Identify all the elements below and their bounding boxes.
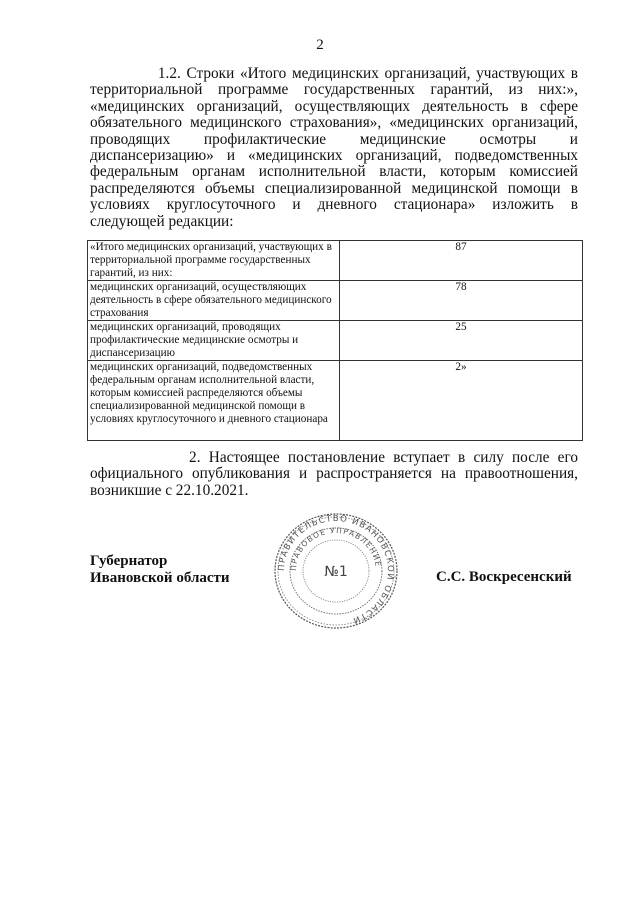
text-line: обязательного медицинского страхования»,… [90, 115, 578, 131]
paragraph-1-2: 1.2. Строки «Итого медицинских организац… [90, 66, 578, 230]
text-line: федеральным органам исполнительной власт… [90, 164, 578, 180]
text-line: условиях круглосуточного и дневного стац… [90, 197, 578, 213]
signatory-position: Губернатор Ивановской области [90, 553, 230, 587]
row-value: 25 [340, 321, 583, 361]
row-label: «Итого медицинских организаций, участвую… [88, 241, 340, 281]
table-row: медицинских организаций, проводящих проф… [88, 321, 583, 361]
row-value: 87 [340, 241, 583, 281]
text-line: возникшие с 22.10.2021. [90, 483, 578, 499]
text-line: официального опубликования и распростран… [90, 466, 578, 482]
text-line: распределяются объемы специализированной… [90, 181, 578, 197]
seal-number: №1 [324, 564, 347, 580]
text-line: проводящих профилактические медицинские … [90, 132, 578, 148]
text-line: территориальной программе государственны… [90, 82, 578, 98]
text-line: «медицинских организаций, осуществляющих… [90, 99, 578, 115]
position-line: Ивановской области [90, 570, 230, 587]
text-line: следующей редакции: [90, 214, 578, 230]
row-label: медицинских организаций, проводящих проф… [88, 321, 340, 361]
table-row: «Итого медицинских организаций, участвую… [88, 241, 583, 281]
page-number: 2 [0, 37, 640, 54]
position-line: Губернатор [90, 553, 230, 570]
signatory-name: С.С. Воскресенский [436, 569, 572, 586]
organizations-table: «Итого медицинских организаций, участвую… [87, 240, 583, 441]
text-line: 2. Настоящее постановление вступает в си… [90, 450, 578, 466]
row-label: медицинских организаций, осуществляющих … [88, 281, 340, 321]
text-line: 1.2. Строки «Итого медицинских организац… [90, 66, 578, 82]
official-seal-icon: ПРАВИТЕЛЬСТВО ИВАНОВСКОЙ ОБЛАСТИ ПРАВОВО… [272, 512, 400, 630]
table-row: медицинских организаций, осуществляющих … [88, 281, 583, 321]
row-label: медицинских организаций, подведомственны… [88, 361, 340, 441]
row-value: 78 [340, 281, 583, 321]
text-line: диспансеризацию» и «медицинских организа… [90, 148, 578, 164]
paragraph-2: 2. Настоящее постановление вступает в си… [90, 450, 578, 499]
table-row: медицинских организаций, подведомственны… [88, 361, 583, 441]
row-value: 2» [340, 361, 583, 441]
